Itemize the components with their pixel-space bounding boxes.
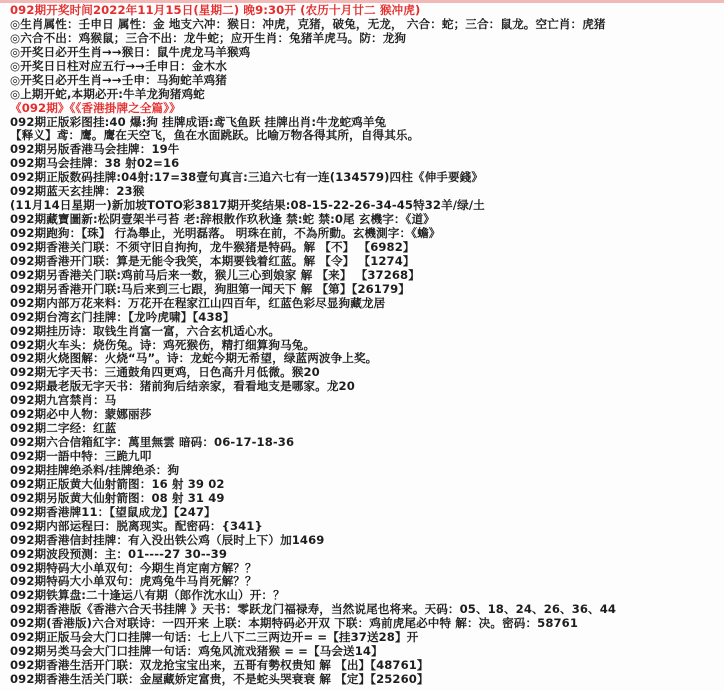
- text-line: 092期六合信箱紅字：萬里無雲 暗码：06-17-18-36: [10, 436, 722, 450]
- text-line: 092期二字经：红蓝: [10, 422, 722, 436]
- text-line: 092期九宫禁肖：马: [10, 394, 722, 408]
- text-line: 092期香港关门联：不须守旧自拘拘，龙牛猴猪是特码。解 【不】 【6982】: [10, 241, 722, 255]
- text-line: 092期香港信封挂牌：有入没出铁公鸡（辰时上下）加1469: [10, 534, 722, 548]
- text-line: 092期另版香港马会挂牌：19牛: [10, 143, 722, 157]
- text-line: 092期跑狗：【珠】 行為舉止，光明磊落。 明珠在前，不為所動。玄機測字：《蟾》: [10, 227, 722, 241]
- text-line: 092期必中人物：蒙娜丽莎: [10, 408, 722, 422]
- text-line: ◎六合不出：鸡猴鼠；三合不出：龙牛蛇；应开生肖：兔猪羊虎马。防：龙狗: [10, 32, 722, 46]
- text-line: 092期香港开门联：算是无能令我笑，本期要钱着红蓝。解 【令】 【1274】: [10, 255, 722, 269]
- top-border-divider: [0, 0, 724, 3]
- lottery-info-sheet: 092期开奖时间2022年11月15日(星期二) 晚9:30开 (农历十月廿二 …: [0, 0, 724, 691]
- text-line: 092期另香港开门联:马后来到三七跟，狗胆第一闻天下 解 【第】【26179】: [10, 283, 722, 297]
- text-line: 092期香港牌11：【望鼠成龙】【247】: [10, 506, 722, 520]
- text-line: ◎上期开蛇,本期必开:牛羊龙狗猪鸡蛇: [10, 88, 722, 102]
- text-line: 092期内部运程曰：脱离现实。配密码：{341}: [10, 520, 722, 534]
- text-line: 092期波段预测：主：01----27 30--39: [10, 548, 722, 562]
- text-line: 092期一語中特：三跪九叩: [10, 450, 722, 464]
- text-line: 092期藏寶圖新:松阴壹架半弓苔 老:辞根散作玖秋逢 禁:蛇 禁:0尾 玄機字：…: [10, 213, 722, 227]
- text-line: 092期香港版《香港六合天书挂牌 》天书：零跃龙门福禄寿，当然说尾也将来。天码：…: [10, 603, 722, 617]
- text-line: (11月14日星期一)新加坡TOTO彩3817期开奖结果:08-15-22-26…: [10, 199, 722, 213]
- text-line: 092期正版彩图挂:40 爆:狗 挂牌成语:鸢飞鱼跃 挂牌出肖:牛龙蛇鸡羊兔: [10, 116, 722, 130]
- text-line: 092期另版黄大仙射箭图：08 射 31 49: [10, 492, 722, 506]
- highlight-text-line: 《092期》《《香港掛牌之全篇》》: [10, 102, 722, 116]
- text-line: 092期另类马会大门口挂牌一句话：鸡兔风流戏猪猴 = =【马会送14】: [10, 645, 722, 659]
- highlight-text-line: 092期开奖时间2022年11月15日(星期二) 晚9:30开 (农历十月廿二 …: [10, 4, 722, 18]
- text-line: ◎生肖属性：壬申日 属性：金 地支六冲：猴日：冲虎，克猪，破兔，无龙， 六合：蛇…: [10, 18, 722, 32]
- text-line: 092期挂牌绝杀料/挂牌绝杀：狗: [10, 464, 722, 478]
- text-line: 092期台湾玄门挂牌：【龙吟虎啸】【438】: [10, 311, 722, 325]
- text-line: 092期正版数码挂牌:04射:17=38壹句真言:三追六七有一连(134579)…: [10, 171, 722, 185]
- text-line: 092期无字天书：三通鼓角四更鸡，日色高升月低微。猴20: [10, 366, 722, 380]
- text-line: 092期火烧图解：火烧“马”。诗：龙蛇今期无希望，绿蓝两波争上奖。: [10, 352, 722, 366]
- text-lines-container: 092期开奖时间2022年11月15日(星期二) 晚9:30开 (农历十月廿二 …: [10, 4, 722, 687]
- text-line: 092期特码大小单双句：今期生肖定南方解？？: [10, 562, 722, 576]
- text-line: ◎开奖日必开生肖→→壬申：马狗蛇羊鸡猪: [10, 74, 722, 88]
- text-line: 092期特码大小单双句：虎鸡兔牛马肖死解？？: [10, 575, 722, 589]
- text-line: ◎开奖日日柱对应五行→→壬申日：金木水: [10, 60, 722, 74]
- text-line: 092期正版马会大门口挂牌一句话：七上八下二三两边开= =【挂37送28】开: [10, 631, 722, 645]
- text-line: 【释义】鸢：鹰。鹰在天空飞，鱼在水面跳跃。比喻万物各得其所，自得其乐。: [10, 129, 722, 143]
- text-line: 092期(香港版)六合对联诗：一四开来 上联：本期特码必开双 下联：鸡前虎尾必中…: [10, 617, 722, 631]
- text-line: 092期香港生活关门联：金屋藏娇定富贵，不是蛇头哭衰衰 解 【定】【25260】: [10, 673, 722, 687]
- text-line: 092期挂历诗：取钱生肖富一富，六合玄机适心水。: [10, 325, 722, 339]
- text-line: 092期最老版无字天书：猪前狗后结亲家，看看地支是哪家。龙20: [10, 380, 722, 394]
- text-line: ◎开奖日必开生肖→→猴日：鼠牛虎龙马羊猴鸡: [10, 46, 722, 60]
- text-line: 092期另香港关门联:鸡前马后来一数，猴儿三心到娘家 解 【来】 【37268】: [10, 269, 722, 283]
- text-line: 092期马会挂牌：38 射02=16: [10, 157, 722, 171]
- text-line: 092期铁算盘:二十逢运八有期（郎作沈水山）开：？: [10, 589, 722, 603]
- text-line: 092期正版黄大仙射箭图：16 射 39 02: [10, 478, 722, 492]
- text-line: 092期蓝天玄挂牌：23猴: [10, 185, 722, 199]
- text-line: 092期火车头：烧伤兔。诗：鸡死猴伤，精打细算狗马兔。: [10, 339, 722, 353]
- text-line: 092期香港生活开门联：双龙抢宝宝出来，五哥有勢权贵知 解 【出】【48761】: [10, 659, 722, 673]
- text-line: 092期内部万花来料：万花开在程家江山四百年，红蓝色彩尽显狗藏龙居: [10, 297, 722, 311]
